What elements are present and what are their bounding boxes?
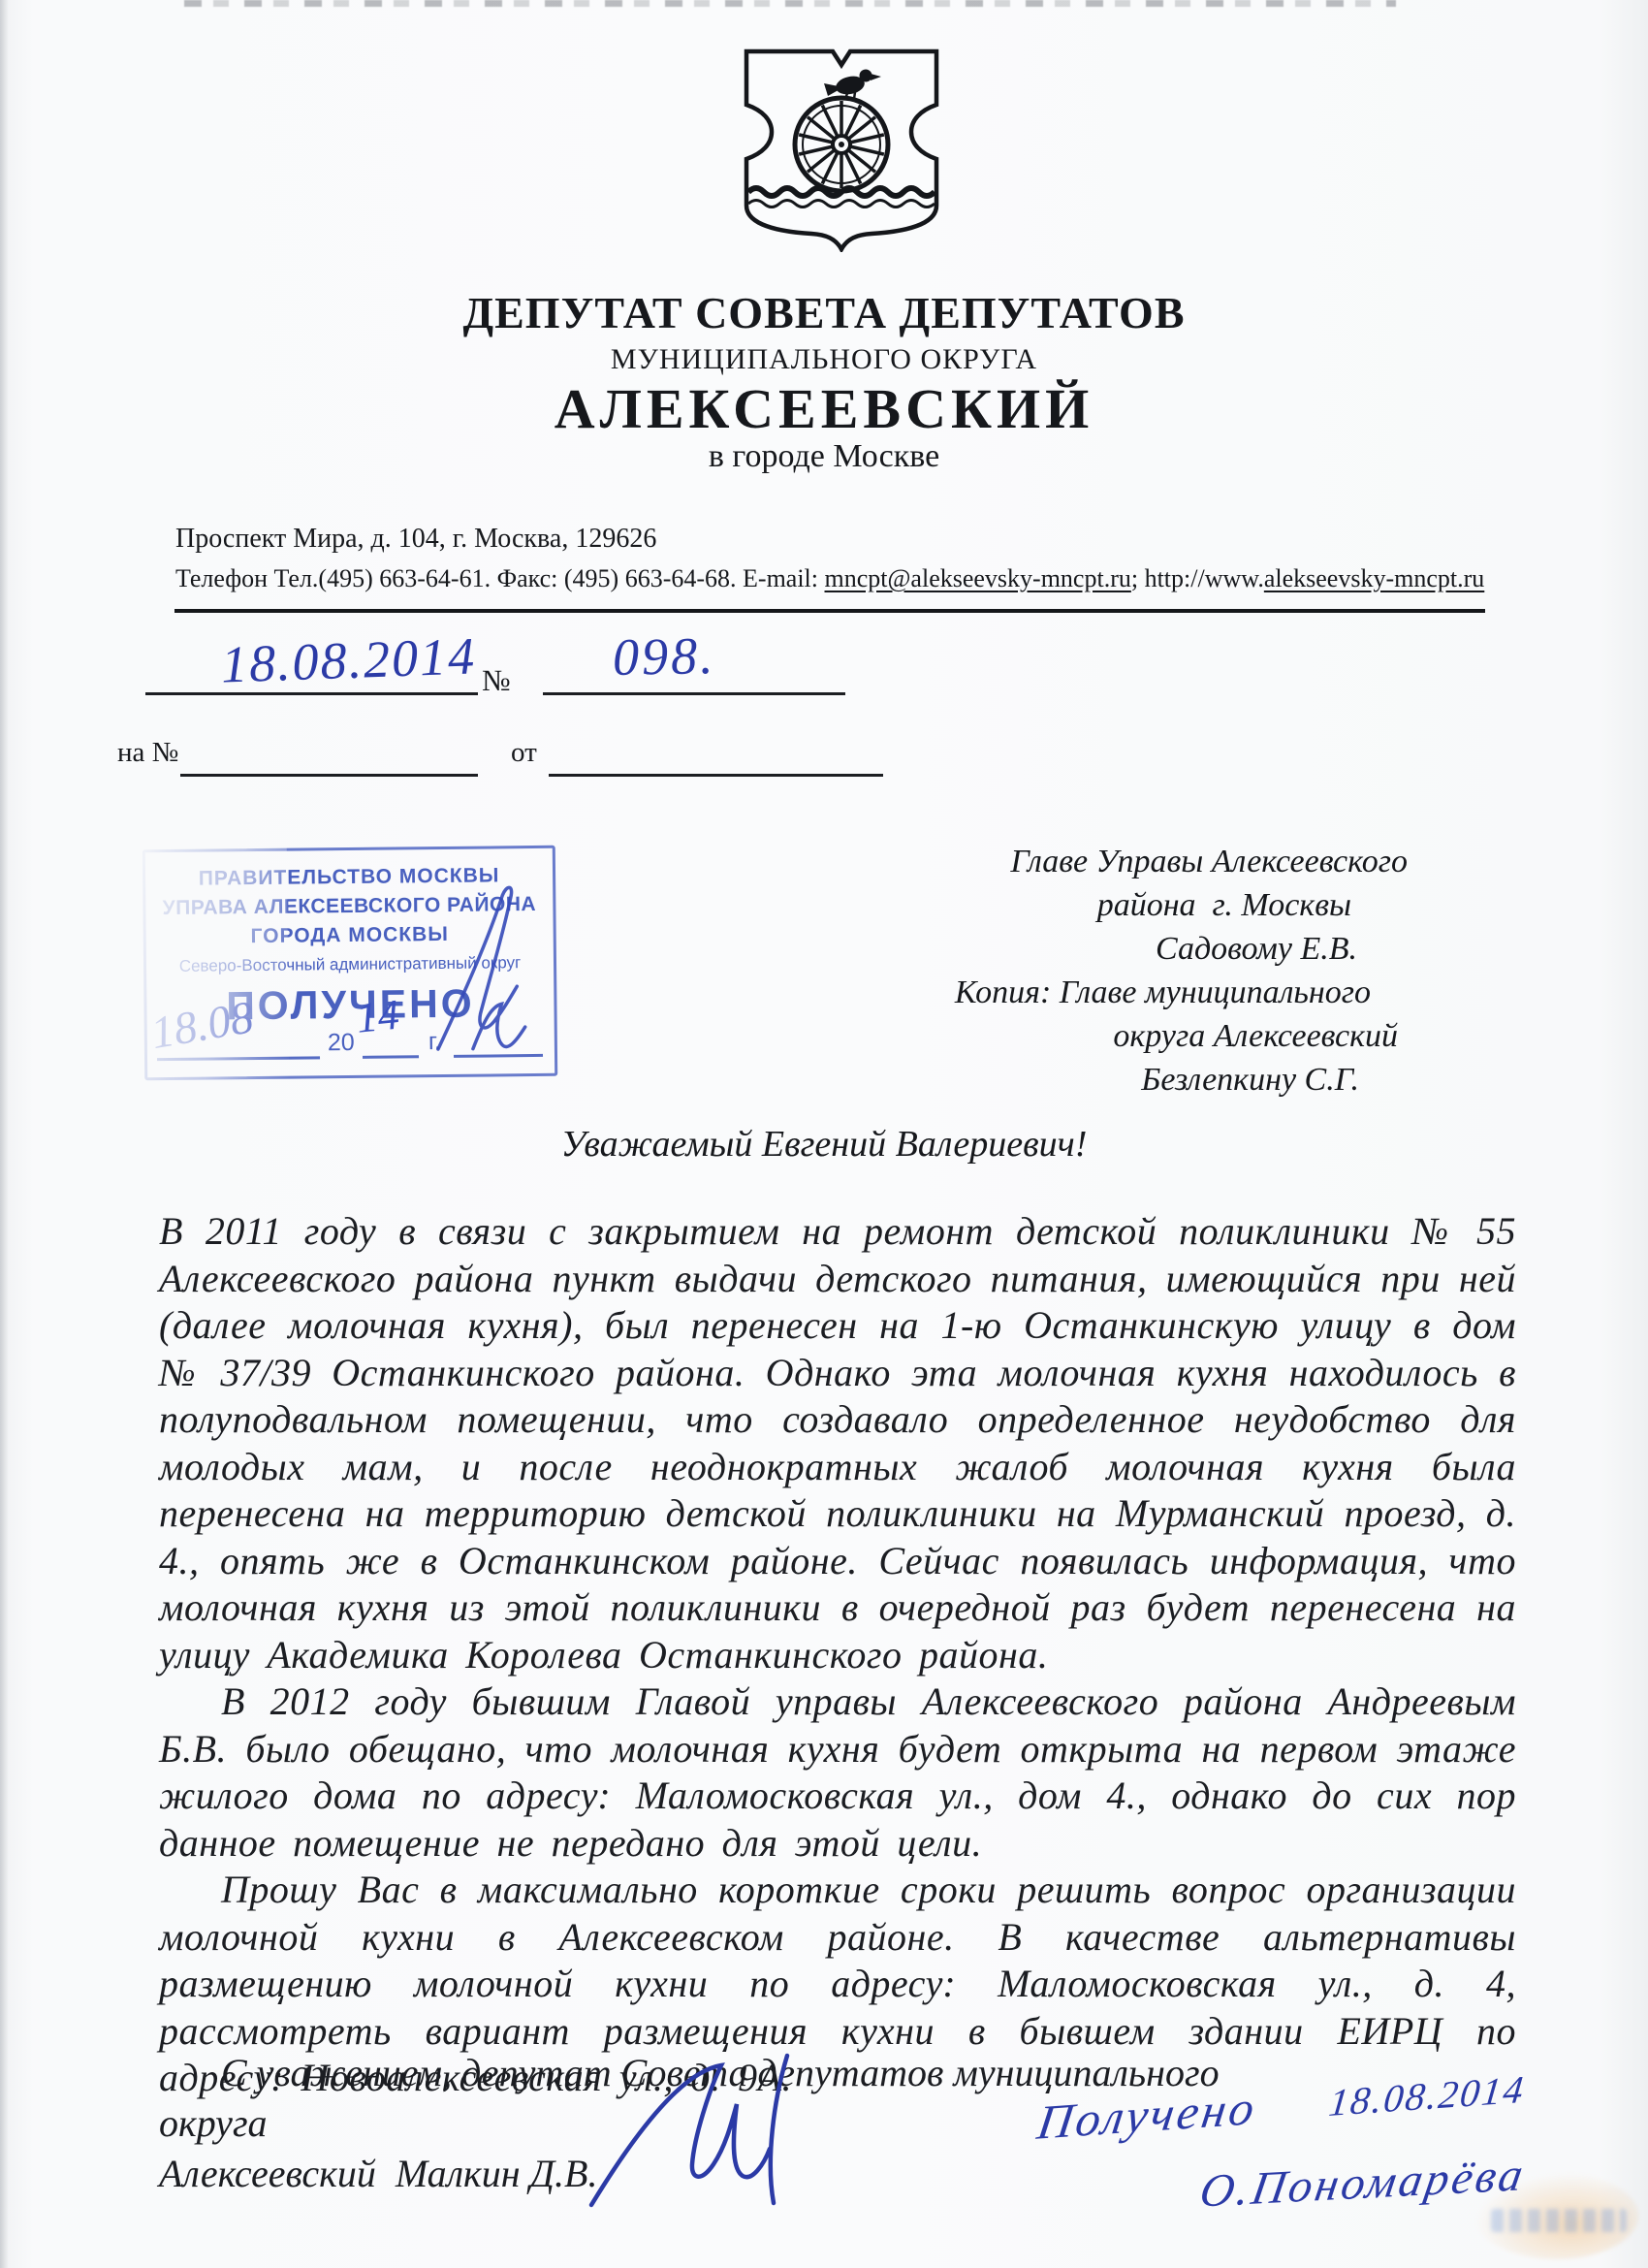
scanned-letter-page: ДЕПУТАТ СОВЕТА ДЕПУТАТОВ МУНИЦИПАЛЬНОГО …	[0, 0, 1648, 2268]
url-prefix: ; http://www.	[1131, 564, 1264, 592]
recipient-line: района г. Москвы	[834, 883, 1415, 927]
scanner-watermark-text	[1491, 2209, 1627, 2232]
deputy-signature	[578, 2044, 898, 2219]
scan-artifact-top	[184, 0, 1396, 7]
recipient-line: Копия: Главе муниципального	[834, 971, 1415, 1014]
postal-address: Проспект Мира, д. 104, г. Москва, 129626	[175, 524, 656, 555]
email-text: mncpt@alekseevsky-mncpt.ru	[825, 564, 1131, 592]
letterhead-subtitle: МУНИЦИПАЛЬНОГО ОКРУГА	[0, 343, 1648, 376]
contact-line: Телефон Тел.(495) 663-64-61. Факс: (495)…	[175, 564, 1484, 593]
body-paragraph: В 2011 году в связи с закрытием на ремон…	[159, 1208, 1516, 1678]
reply-number-blank-line	[180, 774, 478, 777]
recipient-line: округа Алексеевский	[834, 1014, 1415, 1058]
letter-body: В 2011 году в связи с закрытием на ремон…	[159, 1208, 1516, 2102]
reply-from-label: от	[511, 737, 537, 769]
website-text: alekseevsky-mncpt.ru	[1264, 564, 1484, 592]
recipient-line: Садовому Е.В.	[834, 927, 1415, 971]
district-emblem	[737, 45, 946, 252]
number-sign-label: №	[482, 663, 511, 698]
letterhead-title: ДЕПУТАТ СОВЕТА ДЕПУТАТОВ	[0, 287, 1648, 338]
reply-date-blank-line	[549, 774, 883, 777]
letterhead-city: в городе Москве	[0, 438, 1648, 475]
recipient-line: Безлепкину С.Г.	[834, 1058, 1415, 1102]
phone-fax-label: Телефон Тел.(495) 663-64-61. Факс: (495)…	[175, 564, 825, 592]
letterhead-divider	[174, 609, 1485, 613]
handwritten-outgoing-date: 18.08.2014	[220, 625, 477, 694]
recipient-line: Главе Управы Алексеевского	[834, 840, 1415, 883]
received-stamp: ПРАВИТЕЛЬСТВО МОСКВЫ УПРАВА АЛЕКСЕЕВСКОГ…	[143, 846, 557, 1080]
salutation: Уважаемый Евгений Валериевич!	[0, 1123, 1648, 1166]
recipient-block: Главе Управы Алексеевского района г. Мос…	[834, 840, 1415, 1102]
letterhead-district-name: АЛЕКСЕЕВСКИЙ	[0, 376, 1648, 441]
number-blank-line	[543, 692, 845, 695]
body-paragraph: В 2012 году бывшим Главой управы Алексее…	[159, 1678, 1516, 1867]
date-blank-line	[145, 692, 478, 695]
handwritten-outgoing-number: 098.	[612, 625, 716, 687]
stamp-ink-fade	[142, 847, 290, 1082]
reply-to-number-label: на №	[117, 737, 178, 769]
